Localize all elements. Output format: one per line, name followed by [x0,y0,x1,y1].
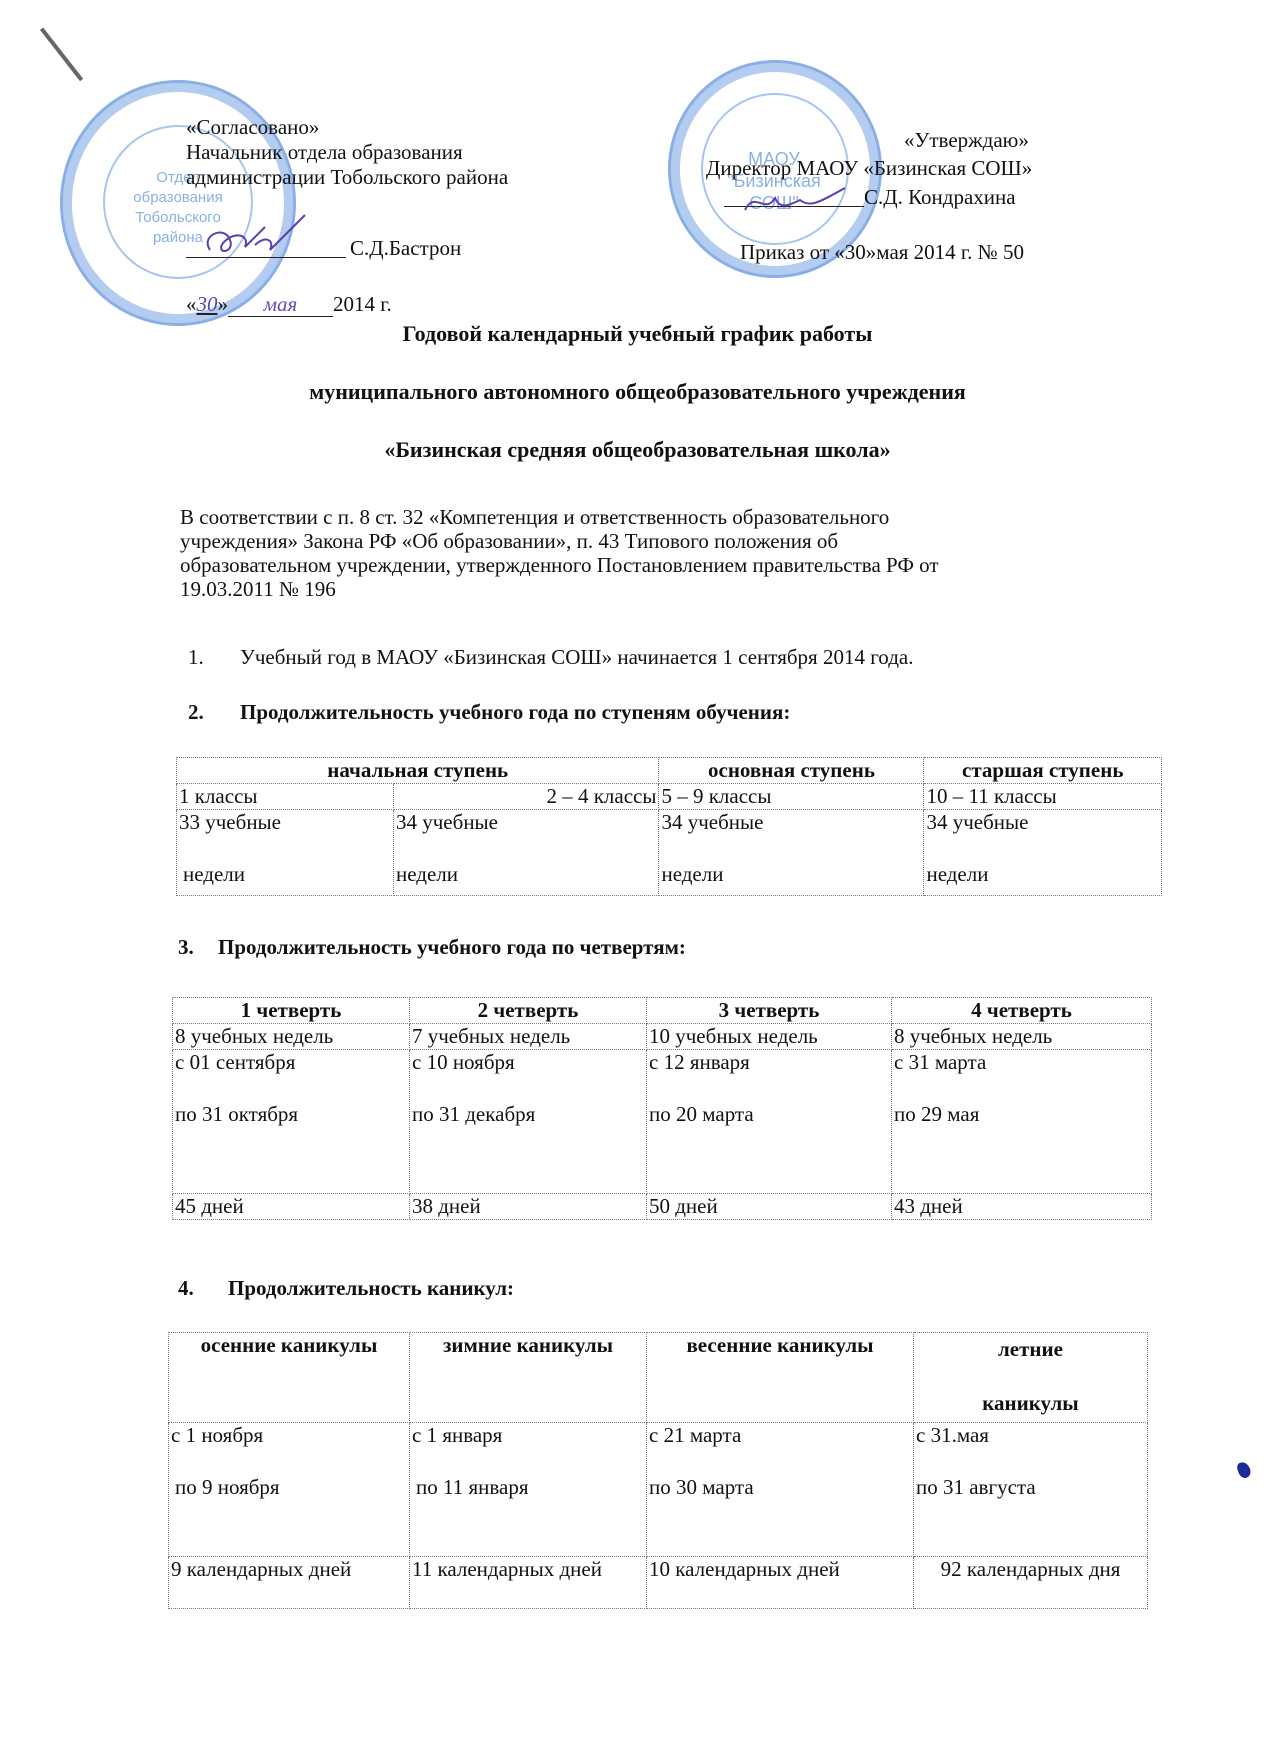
item-4-heading: Продолжительность каникул: [228,1276,514,1300]
item-1-text: Учебный год в МАОУ «Бизинская СОШ» начин… [240,645,913,669]
table-study-levels: начальная ступень основная ступень старш… [176,757,1162,896]
header-quarter-1: 1 четверть [173,998,410,1024]
cell-dates-q4: с 31 мартапо 29 мая [892,1050,1152,1194]
weeks-unit: недели [926,862,1159,886]
date-from: с 1 января [412,1423,644,1447]
intro-line-2: учреждения» Закона РФ «Об образовании», … [180,529,838,553]
cell-days-spring: 10 календарных дней [647,1557,914,1609]
approval-right-title: «Утверждаю» [904,128,1029,152]
date-to: по 11 января [412,1475,644,1499]
approval-left-org: администрации Тобольского района [186,165,508,189]
weeks-count: 33 учебные [179,810,391,834]
cell-dates-q1: с 01 сентябряпо 31 октября [173,1050,410,1194]
cell-weeks-q1: 8 учебных недель [173,1024,410,1050]
cell-days-q1: 45 дней [173,1194,410,1220]
date-close-quote: » [218,292,229,316]
intro-line-3: образовательном учреждении, утвержденног… [180,553,939,577]
intro-line-1: В соответствии с п. 8 ст. 32 «Компетенци… [180,505,889,529]
cell-weeks-q3: 10 учебных недель [647,1024,892,1050]
date-open-quote: « [186,292,197,316]
approval-right-position: Директор МАОУ «Бизинская СОШ» [706,156,1032,180]
item-2-number: 2. [188,700,204,724]
date-month-handwritten: мая [228,292,333,317]
cell-classes-2-4: 2 – 4 классы [394,784,659,810]
date-day-handwritten: 30 [197,292,218,316]
date-to: по 31 октября [175,1102,407,1126]
header-autumn-holidays: осенние каникулы [169,1333,410,1423]
cell-dates-q3: с 12 январяпо 20 марта [647,1050,892,1194]
cell-days-winter: 11 календарных дней [410,1557,647,1609]
cell-weeks-1: 33 учебныенедели [177,810,394,896]
item-3-number: 3. [178,935,194,959]
cell-weeks-10-11: 34 учебныенедели [924,810,1162,896]
date-to: по 31 августа [916,1475,1145,1499]
header-quarter-2: 2 четверть [410,998,647,1024]
cell-days-q3: 50 дней [647,1194,892,1220]
weeks-unit: недели [179,862,391,886]
cell-weeks-q4: 8 учебных недель [892,1024,1152,1050]
header-spring-holidays: весенние каникулы [647,1333,914,1423]
date-from: с 31.мая [916,1423,1145,1447]
ink-blot [1236,1460,1253,1479]
table-holidays: осенние каникулы зимние каникулы весенни… [168,1332,1148,1609]
cell-days-autumn: 9 календарных дней [169,1557,410,1609]
header-summer-holidays: летниеканикулы [914,1333,1148,1423]
signature-right-icon [740,180,850,220]
cell-days-q2: 38 дней [410,1194,647,1220]
cell-days-summer: 92 календарных дня [914,1557,1148,1609]
cell-classes-10-11: 10 – 11 классы [924,784,1162,810]
approval-left-signer: С.Д.Бастрон [350,236,461,260]
document-subtitle-school: «Бизинская средняя общеобразовательная ш… [0,438,1275,462]
item-1-number: 1. [188,645,204,669]
cell-dates-summer: с 31.маяпо 31 августа [914,1423,1148,1557]
header-quarter-3: 3 четверть [647,998,892,1024]
approval-left-position: Начальник отдела образования [186,140,463,164]
scan-artifact-line [40,28,83,82]
header-summer-line1: летние [916,1337,1145,1361]
header-summer-line2: каникулы [916,1391,1145,1415]
date-from: с 10 ноября [412,1050,644,1074]
header-primary-level: начальная ступень [177,758,659,784]
header-winter-holidays: зимние каникулы [410,1333,647,1423]
date-to: по 30 марта [649,1475,911,1499]
item-2-heading: Продолжительность учебного года по ступе… [240,700,790,724]
approval-right-signer: С.Д. Кондрахина [864,185,1016,209]
weeks-count: 34 учебные [661,810,921,834]
date-to: по 31 декабря [412,1102,644,1126]
document-subtitle-org: муниципального автономного общеобразоват… [0,380,1275,404]
date-to: по 20 марта [649,1102,889,1126]
cell-dates-winter: с 1 январяпо 11 января [410,1423,647,1557]
item-4-number: 4. [178,1276,194,1300]
header-basic-level: основная ступень [659,758,924,784]
cell-classes-1: 1 классы [177,784,394,810]
date-to: по 29 мая [894,1102,1149,1126]
weeks-count: 34 учебные [926,810,1159,834]
date-from: с 01 сентября [175,1050,407,1074]
signature-left-icon [195,205,315,265]
approval-left-date: «30»мая2014 г. [186,292,392,317]
date-from: с 12 января [649,1050,889,1074]
document-title: Годовой календарный учебный график работ… [0,322,1275,346]
approval-right-order: Приказ от «30»мая 2014 г. № 50 [740,240,1024,264]
intro-line-4: 19.03.2011 № 196 [180,577,336,601]
date-year: 2014 г. [333,292,392,316]
date-from: с 1 ноября [171,1423,407,1447]
cell-dates-spring: с 21 мартапо 30 марта [647,1423,914,1557]
table-quarters: 1 четверть 2 четверть 3 четверть 4 четве… [172,997,1152,1220]
approval-left-title: «Согласовано» [186,115,319,139]
cell-days-q4: 43 дней [892,1194,1152,1220]
cell-dates-autumn: с 1 ноябряпо 9 ноября [169,1423,410,1557]
date-from: с 21 марта [649,1423,911,1447]
header-senior-level: старшая ступень [924,758,1162,784]
cell-weeks-q2: 7 учебных недель [410,1024,647,1050]
cell-classes-5-9: 5 – 9 классы [659,784,924,810]
weeks-unit: недели [661,862,921,886]
weeks-count: 34 учебные [396,810,656,834]
date-to: по 9 ноября [171,1475,407,1499]
cell-weeks-2-4: 34 учебныенедели [394,810,659,896]
cell-dates-q2: с 10 ноябряпо 31 декабря [410,1050,647,1194]
cell-weeks-5-9: 34 учебныенедели [659,810,924,896]
weeks-unit: недели [396,862,656,886]
date-from: с 31 марта [894,1050,1149,1074]
header-quarter-4: 4 четверть [892,998,1152,1024]
item-3-heading: Продолжительность учебного года по четве… [218,935,686,959]
